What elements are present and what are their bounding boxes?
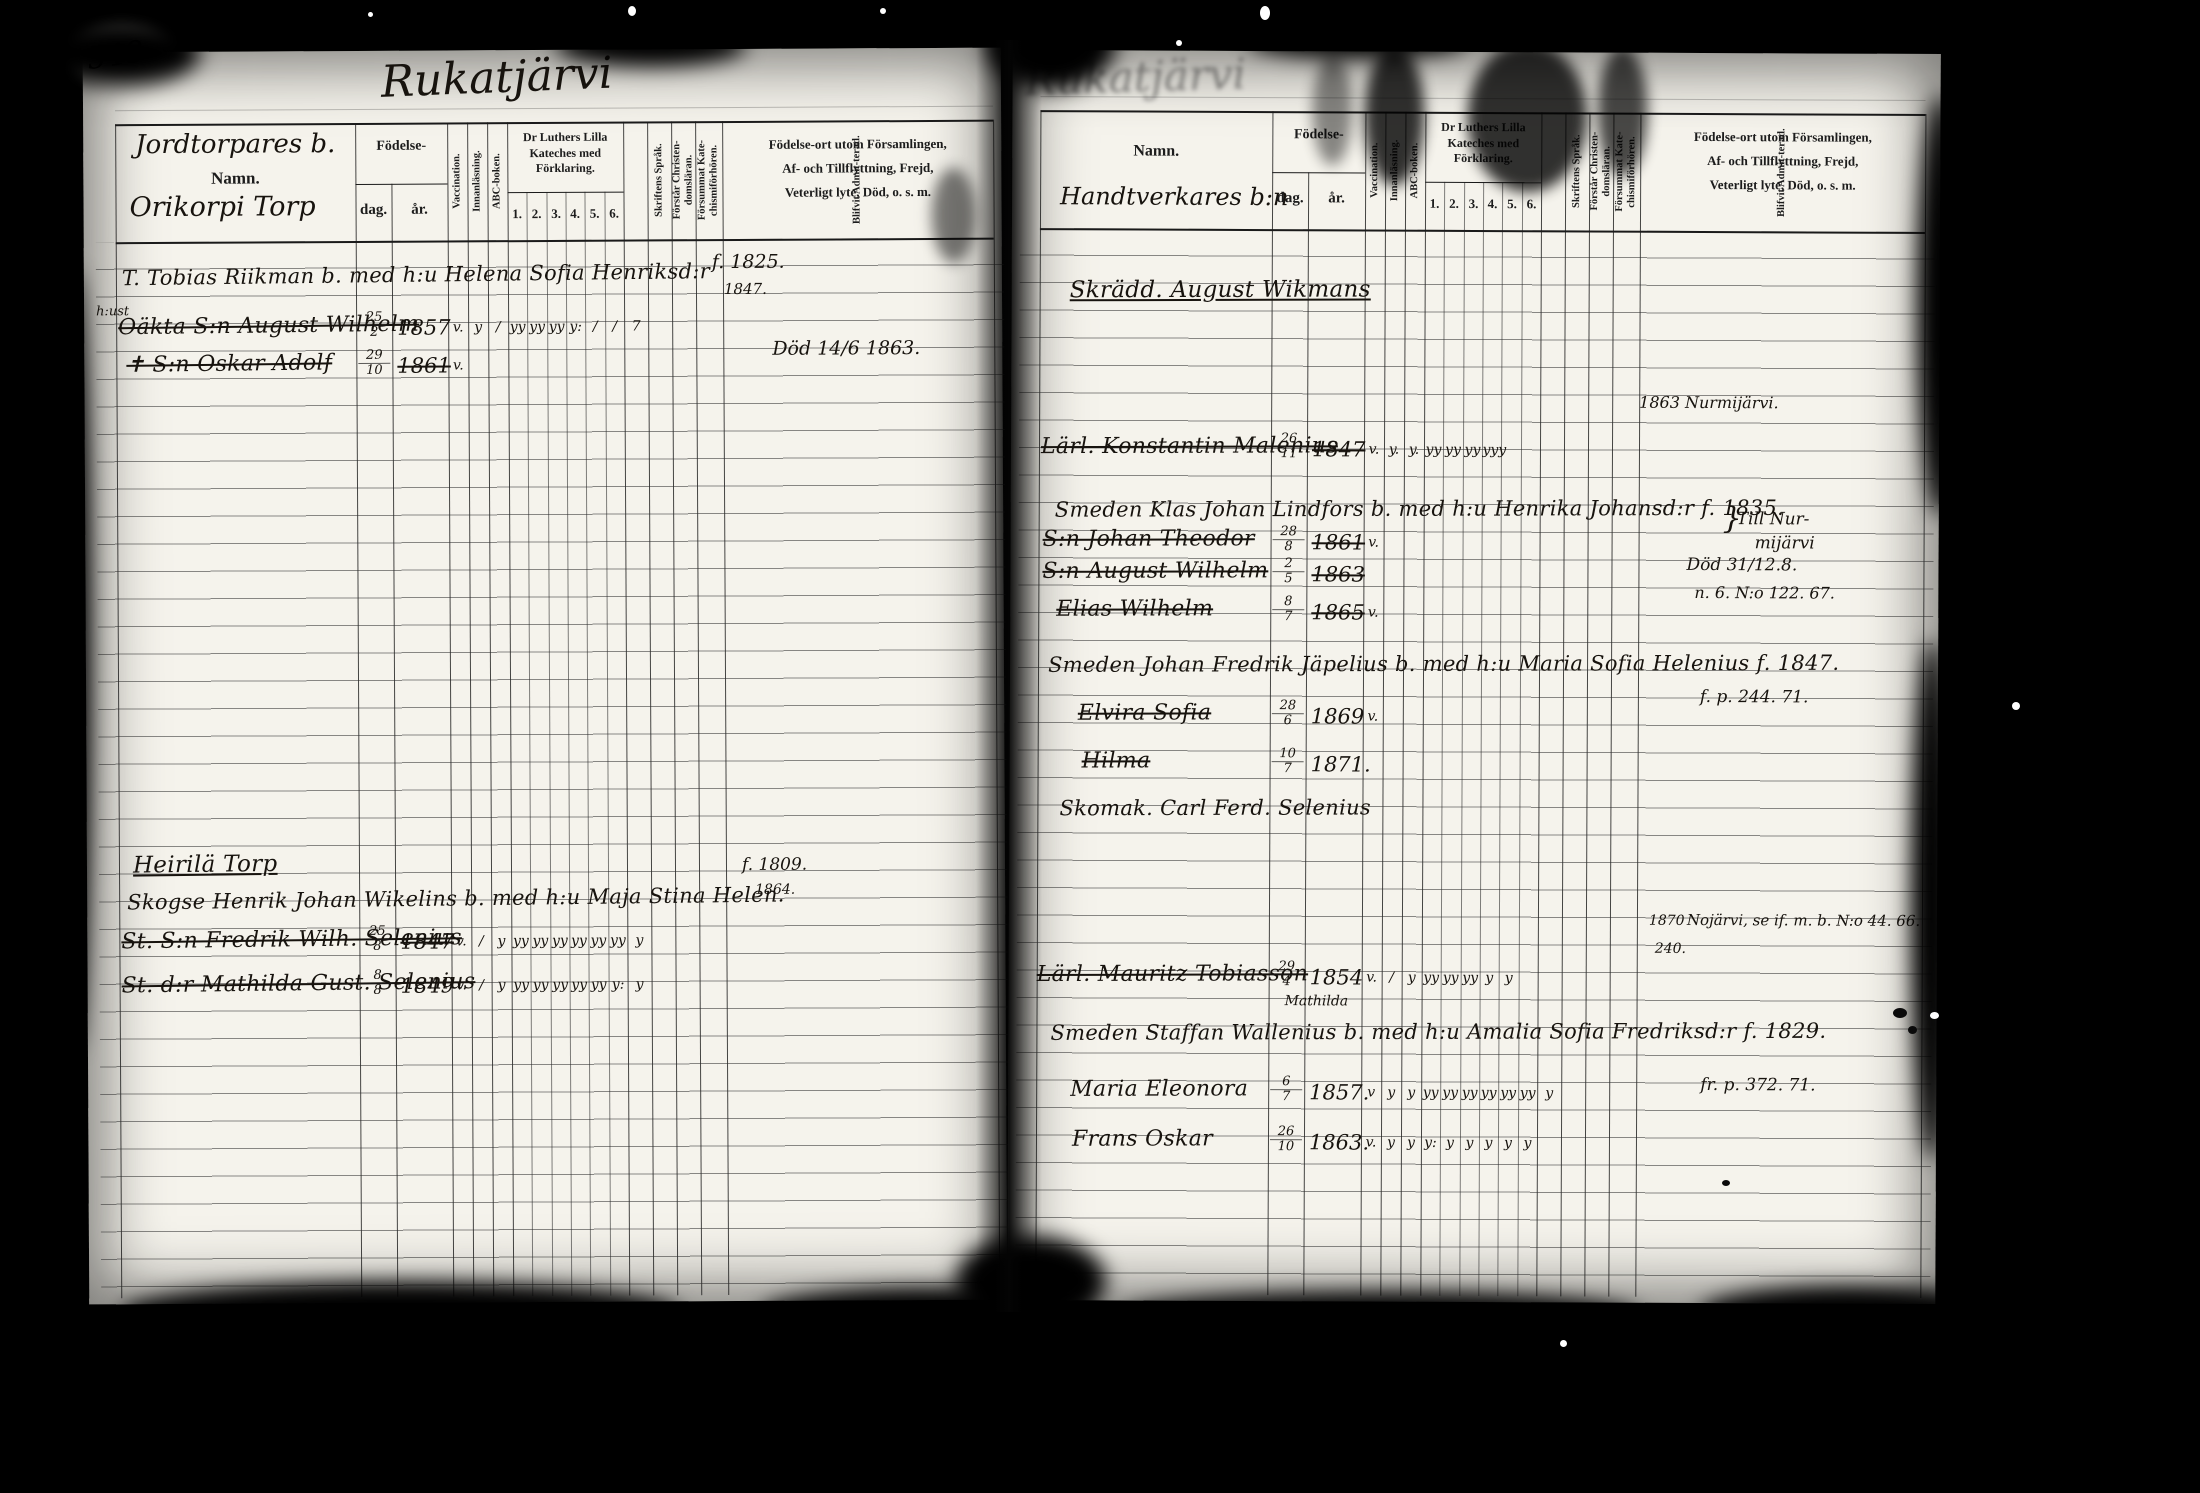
catechism-number-header: 5. [1502, 196, 1522, 212]
script-language-column-header-box: Skriftens Språk. [647, 125, 672, 235]
examination-mark: yy [1499, 1085, 1517, 1101]
name-column-annotation: Jordtorpares b. [135, 129, 335, 160]
examination-mark: / [586, 319, 604, 335]
birth-day-value: 107 [1272, 747, 1304, 775]
ledger-entry-name: S:n August Wilhelm [1042, 558, 1268, 584]
margin-note: 240. [1655, 941, 1686, 957]
birth-year-value: 1863 [1311, 562, 1365, 586]
examination-mark: / [606, 319, 624, 335]
margin-note: h:ust [96, 304, 129, 319]
birth-year-value: 1865 [1311, 600, 1365, 624]
examination-mark: yy [531, 933, 549, 949]
examination-mark: yy [589, 933, 607, 949]
examination-mark: yy [570, 933, 588, 949]
birth-day-value: 286 [1272, 699, 1304, 727]
examination-mark: yy [512, 977, 530, 993]
vaccination-column-header: Vaccination. [451, 154, 463, 209]
faint-scan-line [115, 106, 993, 112]
birth-month-denominator: 7 [1272, 610, 1304, 624]
examination-mark: yy [1441, 1085, 1459, 1101]
remarks-column-header: Veterligt lyte, Död, o. s. m. [1644, 177, 1921, 194]
birth-day-value: 88 [362, 969, 394, 997]
ledger-entry-name: Frans Oskar [1072, 1126, 1213, 1151]
examination-mark: yy [1461, 970, 1479, 986]
left-page: 548 Rukatjärvi Jordtorpares b.Namn.Oriko… [83, 48, 1008, 1305]
examination-mark: yy [1424, 442, 1442, 458]
reading-column-header: Innanläsning. [471, 151, 483, 213]
birth-year-value: 1863. [1309, 1130, 1369, 1154]
scan-white-speck [1260, 6, 1270, 20]
examination-mark: y [493, 977, 511, 993]
birth-year-value: 1847 [1312, 437, 1366, 461]
vaccination-column-header-box: Vaccination. [447, 126, 468, 236]
examination-mark: v. [1362, 1135, 1380, 1151]
margin-note: 1864. [755, 882, 795, 898]
birth-month-denominator: 8 [361, 939, 393, 953]
examination-mark: yy [1442, 970, 1460, 986]
ledger-entry-name: Elias Wilhelm [1056, 596, 1213, 621]
examination-mark: v. [1364, 709, 1382, 725]
examination-mark: yy [532, 977, 550, 993]
examination-mark: yyy [1482, 442, 1500, 458]
birth-day-numerator: 28 [1273, 525, 1305, 540]
missed-catechism-column-header-box: Försummat Kate-chismiförhören. [695, 125, 723, 235]
catechism-number-header: 2. [1444, 196, 1464, 212]
birth-day-header: dag. [1272, 190, 1308, 207]
birth-month-denominator: 6 [1272, 714, 1304, 728]
examination-mark: yy [1422, 1085, 1440, 1101]
scan-edge-blob [556, 26, 746, 66]
birth-month-denominator: 5 [1272, 572, 1304, 586]
birth-year-value: 1847 [400, 929, 454, 953]
birth-month-denominator: 11 [1273, 447, 1305, 461]
remarks-column-header: Födelse-ort utom Församlingen, [726, 136, 989, 153]
examination-mark: y [1382, 1085, 1400, 1101]
scan-edge-blob [1918, 96, 1962, 516]
birth-month-denominator: 2 [358, 325, 390, 339]
examination-mark: 7 [627, 318, 645, 334]
ledger-entry-name: ✝ S:n Oskar Adolf [126, 350, 332, 378]
scan-white-speck [628, 6, 636, 16]
examination-mark: y [1382, 1135, 1400, 1151]
remarks-column-header: Af- och Tillflyttning, Frejd, [1644, 153, 1921, 170]
birth-divider [1272, 172, 1365, 173]
examination-mark: / [472, 933, 490, 949]
margin-note: Nojärvi, se if. m. b. N:o 44. 66. [1687, 911, 1920, 930]
examination-mark: y [469, 319, 487, 335]
ledger-entry-name: S:n Johan Theodor [1043, 526, 1255, 552]
ink-smudge [1364, 46, 1425, 186]
ledger-entry-name: Elvira Sofia [1078, 700, 1211, 725]
birth-column-header: Födelse- [355, 139, 447, 155]
name-column-subannotation: Orikorpi Torp [129, 191, 315, 223]
examination-mark: y [1402, 1135, 1420, 1151]
examination-mark: y [492, 933, 510, 949]
scan-edge-blob [40, 20, 200, 86]
book-spine-shadow [976, 40, 1042, 1312]
birth-day-numerator: 26 [1270, 1125, 1302, 1140]
birth-year-value: 1871. [1311, 752, 1371, 776]
birth-year-value: 1849 [401, 973, 455, 997]
catechism-number-header: 4. [1483, 196, 1502, 212]
catechism-number-header: 6. [1522, 196, 1541, 212]
margin-note: Till Nur- [1737, 509, 1810, 529]
birth-day-numerator: 26 [1273, 432, 1305, 447]
scanned-book-spread: 548 Rukatjärvi Jordtorpares b.Namn.Oriko… [0, 0, 2200, 1493]
examination-mark: yy [1444, 442, 1462, 458]
ink-dot [1908, 1026, 1917, 1034]
birth-month-denominator: 4 [1271, 975, 1303, 989]
birth-day-value: 288 [1273, 525, 1305, 553]
birth-day-value: 25 [1272, 557, 1304, 585]
ledger-entry-name: Skomak. Carl Ferd. Selenius [1059, 795, 1371, 820]
understands-christianity-column-header-box: Förstår Christen-domsläran. [671, 125, 696, 235]
ink-dot [1722, 1180, 1730, 1186]
catechism-number-header: 1. [508, 206, 527, 222]
examination-mark: / [473, 977, 491, 993]
ledger-entry-name: Skrädd. August Wikmans [1070, 276, 1371, 303]
remarks-column-header: Födelse-ort utom Församlingen, [1644, 129, 1921, 146]
name-column-annotation: Handtverkares b:n [1060, 182, 1288, 211]
scan-edge-blob [120, 1282, 680, 1344]
birth-month-denominator: 7 [1270, 1090, 1302, 1104]
ledger-entry-name: Maria Eleonora [1070, 1076, 1248, 1101]
catechism-number-header: 6. [605, 206, 624, 222]
birth-day-value: 2611 [1273, 432, 1305, 460]
scan-white-speck [1560, 1340, 1567, 1347]
birth-year-value: 1857 [397, 315, 451, 339]
reading-column-header-box: Innanläsning. [467, 126, 488, 236]
birth-day-value: 258 [361, 925, 393, 953]
ink-smudge [931, 168, 975, 263]
birth-year-value: 1861 [1312, 530, 1366, 554]
scan-edge-blob [1700, 1286, 2000, 1340]
examination-mark: y [630, 932, 648, 948]
examination-mark: yy [551, 977, 569, 993]
birth-day-numerator: 25 [358, 311, 390, 326]
ledger-entry-name: Smeden Johan Fredrik Jäpelius b. med h:u… [1048, 651, 1839, 677]
birth-day-value: 2910 [358, 349, 390, 377]
examination-mark: y [1499, 1135, 1517, 1151]
catechism-number-header: 1. [1425, 196, 1444, 212]
margin-note: 1847. [724, 280, 767, 298]
birth-day-value: 87 [1272, 595, 1304, 623]
birth-day-value: 252 [358, 311, 390, 339]
ruled-lines [96, 238, 1010, 1299]
examination-mark: y [1441, 1135, 1459, 1151]
examination-mark: y [631, 976, 649, 992]
examination-mark: yy [528, 319, 546, 335]
margin-note: f. 1809. [742, 855, 807, 875]
margin-note: fr. p. 372. 71. [1700, 1075, 1815, 1096]
margin-note: Död 14/6 1863. [772, 337, 920, 360]
examination-mark: / [1383, 970, 1401, 986]
examination-mark: y [1479, 1135, 1497, 1151]
scan-edge-blob [1120, 1292, 1640, 1338]
understands-christianity-column-header: Förstår Christen-domsläran. [671, 125, 696, 235]
scan-white-speck [1176, 40, 1182, 46]
examination-mark: v. [1364, 605, 1382, 621]
examination-mark: v. [453, 977, 471, 993]
birth-year-value: 1869 [1311, 704, 1365, 728]
examination-mark: y [1518, 1135, 1536, 1151]
examination-mark: yy [609, 933, 627, 949]
catechism-number-header: 3. [1464, 196, 1483, 212]
margin-note: n. 6. N:o 122. 67. [1694, 583, 1835, 603]
scan-edge-blob [60, 270, 90, 1050]
birth-day-value: 294 [1271, 960, 1303, 988]
birth-day-numerator: 6 [1270, 1075, 1302, 1090]
examination-mark: / [489, 319, 507, 335]
examination-mark: yy [570, 977, 588, 993]
margin-note: f. 1825. [712, 251, 785, 273]
right-page: Rukatjärvi Handtverkares b:nNamn.Födelse… [1007, 50, 1940, 1304]
examination-mark: yy [509, 319, 527, 335]
name-column-header: Namn. [115, 168, 355, 189]
abc-book-column-header: ABC-boken. [491, 153, 503, 209]
examination-mark: yy [590, 977, 608, 993]
birth-year-value: 1857. [1309, 1080, 1369, 1104]
name-column-header: Namn. [1040, 142, 1272, 161]
examination-mark: v. [449, 357, 467, 373]
birth-day-numerator: 29 [358, 349, 390, 364]
ledger-entry-name: Heirilä Torp [133, 851, 278, 879]
abc-book-column-header-box: ABC-boken. [487, 126, 508, 236]
birth-year-value: 1854 [1310, 965, 1364, 989]
examination-mark: v [1362, 1085, 1380, 1101]
ledger-entry-name: Lärl. Mauritz Tobiasson [1037, 961, 1308, 987]
birth-year-header: år. [1308, 190, 1365, 207]
examination-mark: y: [567, 319, 585, 335]
margin-note: Mathilda [1285, 993, 1349, 1009]
catechism-number-header: 5. [585, 206, 605, 222]
examination-mark: y. [1385, 442, 1403, 458]
examination-mark: y [1402, 1085, 1420, 1101]
birth-year-value: 1861 [397, 353, 451, 377]
examination-mark: y [1500, 970, 1518, 986]
birth-day-numerator: 29 [1271, 960, 1303, 975]
examination-mark: yy [551, 933, 569, 949]
examination-mark: y. [1405, 442, 1423, 458]
scan-edge-blob [1248, 24, 1468, 58]
ink-smudge [1467, 42, 1588, 193]
missed-catechism-column-header: Försummat Kate-chismiförhören. [697, 125, 722, 235]
examination-mark: yy [1519, 1085, 1537, 1101]
examination-mark: v. [1363, 970, 1381, 986]
catechism-group-header: Dr Luthers Lilla Kateches med Förklaring… [509, 130, 621, 177]
scan-white-speck [2012, 702, 2020, 710]
ledger-entry-name: Smeden Staffan Wallenius b. med h:u Amal… [1050, 1019, 1826, 1045]
examination-mark: v. [449, 319, 467, 335]
examination-mark: yy [1422, 970, 1440, 986]
birth-year-header: år. [392, 202, 448, 219]
scan-white-speck [880, 8, 886, 14]
ledger-entry-name: Smeden Klas Johan Lindfors b. med h:u He… [1055, 496, 1784, 522]
examination-mark: y [1460, 1135, 1478, 1151]
scan-white-speck [1930, 1012, 1939, 1019]
script-language-column-header: Skriftens Språk. [653, 144, 665, 218]
examination-mark: y: [609, 977, 627, 993]
birth-day-numerator: 28 [1272, 699, 1304, 714]
birth-day-numerator: 10 [1272, 747, 1304, 762]
ink-smudge [1312, 55, 1352, 165]
margin-note: mijärvi [1755, 533, 1815, 553]
birth-month-denominator: 10 [1270, 1140, 1302, 1154]
catechism-number-header: 3. [547, 206, 566, 222]
examination-mark: v. [1365, 535, 1383, 551]
birth-month-denominator: 10 [358, 363, 390, 377]
examination-mark: y [1480, 970, 1498, 986]
margin-note: Död 31/12.8. [1686, 555, 1797, 575]
birth-day-header: dag. [356, 202, 392, 219]
examination-mark: yy [512, 933, 530, 949]
catechism-number-header: 2. [527, 206, 547, 222]
scan-white-speck [368, 12, 373, 17]
margin-note: 1870 [1649, 913, 1685, 929]
examination-mark: v. [1365, 442, 1383, 458]
examination-mark: y: [1421, 1135, 1439, 1151]
examination-mark: yy [548, 319, 566, 335]
margin-note: f. p. 244. 71. [1700, 687, 1809, 707]
margin-note: 1863 Nurmijärvi. [1639, 393, 1779, 413]
birth-month-denominator: 7 [1272, 762, 1304, 776]
ink-dot [1893, 1008, 1907, 1018]
examination-mark: yy [1463, 442, 1481, 458]
examination-mark: y [1403, 970, 1421, 986]
birth-month-denominator: 8 [362, 983, 394, 997]
birth-day-numerator: 2 [1272, 557, 1304, 572]
ledger-entry-name: Hilma [1082, 748, 1151, 773]
examination-mark: yy [1480, 1085, 1498, 1101]
examination-mark: yy [1461, 1085, 1479, 1101]
birth-day-numerator: 25 [361, 925, 393, 940]
examination-mark: y [1540, 1085, 1558, 1101]
birth-day-numerator: 8 [362, 969, 394, 984]
birth-divider [355, 184, 447, 185]
examination-mark: v. [452, 933, 470, 949]
birth-day-value: 2610 [1270, 1125, 1302, 1153]
scan-edge-blob [1912, 640, 1952, 1160]
birth-month-denominator: 8 [1273, 540, 1305, 554]
catechism-number-header: 4. [566, 206, 585, 222]
birth-day-value: 67 [1270, 1075, 1302, 1103]
birth-day-numerator: 8 [1272, 595, 1304, 610]
